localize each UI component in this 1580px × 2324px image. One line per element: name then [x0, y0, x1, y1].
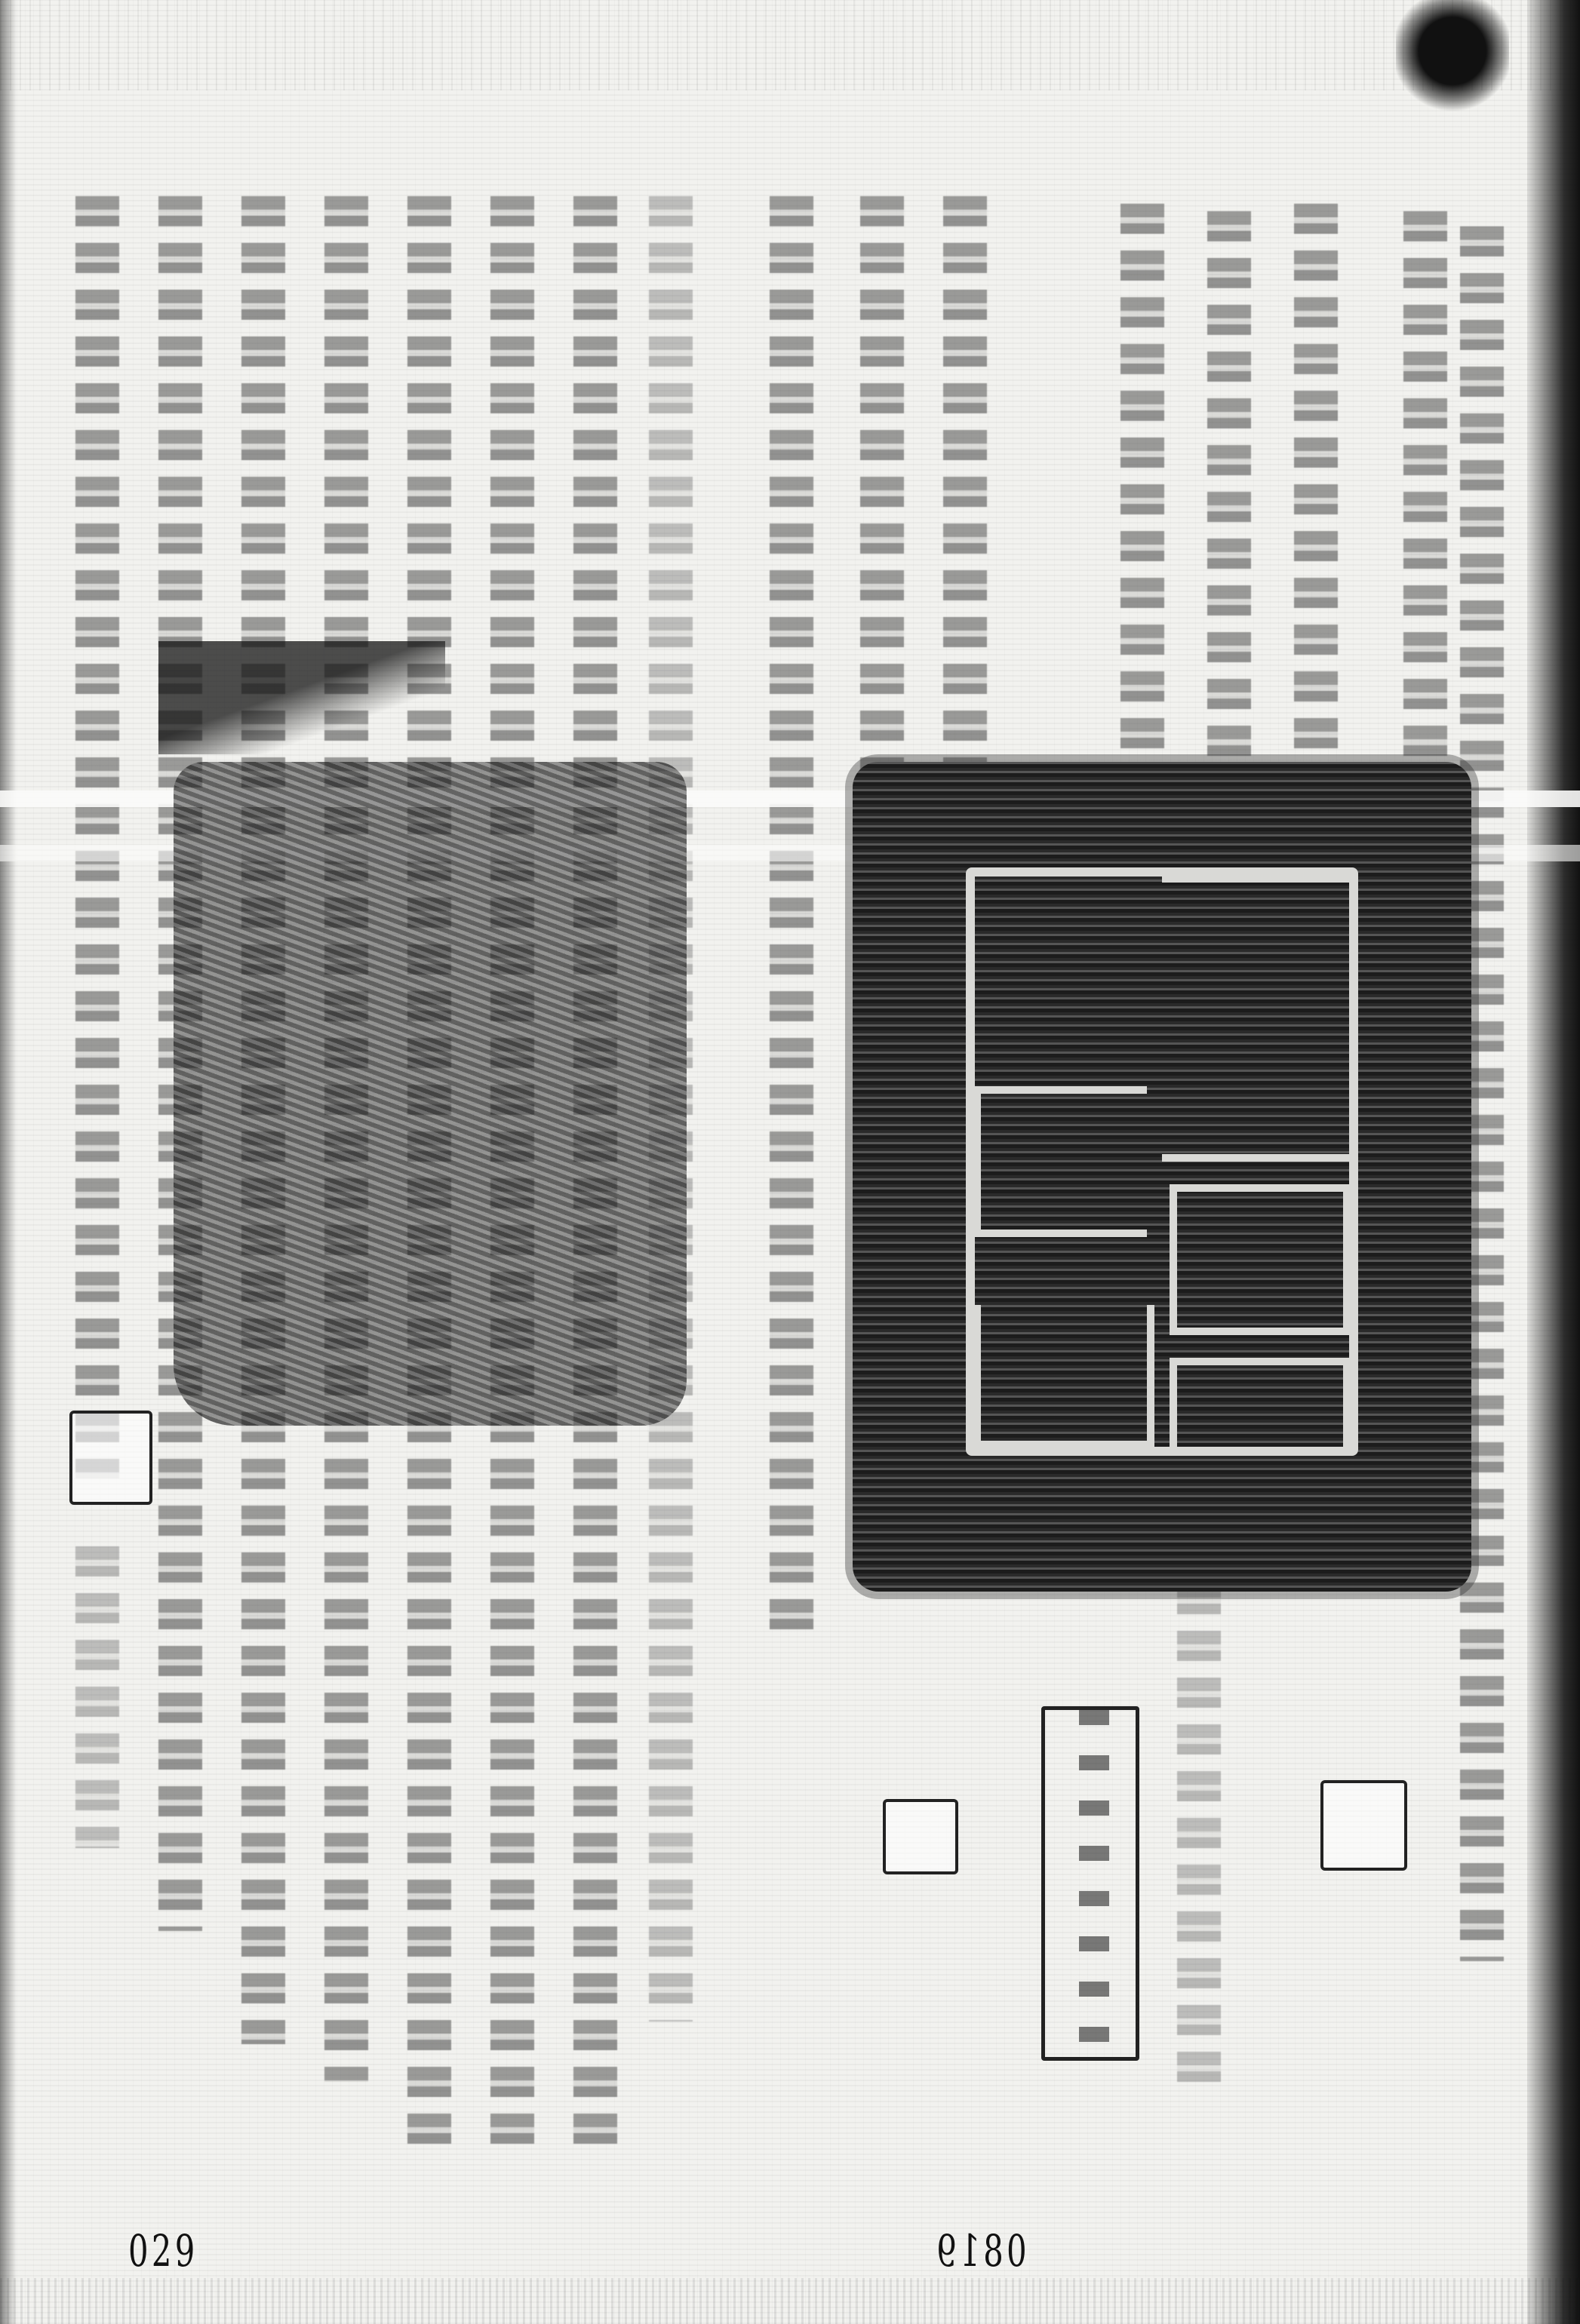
- left-dark-seal: [174, 762, 687, 1426]
- page-left-edge: [0, 0, 17, 2324]
- seal-glyph-stroke: [1170, 1184, 1351, 1335]
- seal-glyph-stroke: [1162, 875, 1358, 1162]
- page-binding-edge: [1527, 0, 1580, 2324]
- left-seal-smudge: [158, 641, 445, 754]
- seal-glyph-stroke: [973, 1086, 1147, 1237]
- scan-noise-top: [0, 0, 1580, 91]
- small-seal-left: [69, 1411, 152, 1505]
- page-number-left: 029: [128, 2225, 198, 2276]
- text-column: [75, 1546, 119, 1848]
- seal-glyph-stroke: [1170, 1358, 1351, 1448]
- text-column: [1177, 1584, 1221, 2097]
- text-column: [770, 196, 813, 1629]
- tall-boxed-stamp: [1041, 1706, 1139, 2061]
- large-square-seal: [853, 762, 1471, 1592]
- text-column: [1207, 211, 1251, 800]
- small-seal-right: [1320, 1780, 1407, 1871]
- corner-seal: [1396, 0, 1509, 113]
- small-seal-center: [883, 1799, 958, 1874]
- page-number-center-mirrored: 0819: [912, 2225, 1026, 2276]
- text-column: [1294, 204, 1338, 792]
- text-column: [75, 196, 119, 1478]
- document-page: 029 0819: [0, 0, 1580, 2324]
- seal-glyph-stroke: [973, 1305, 1154, 1448]
- scan-noise-bottom: [0, 2278, 1580, 2324]
